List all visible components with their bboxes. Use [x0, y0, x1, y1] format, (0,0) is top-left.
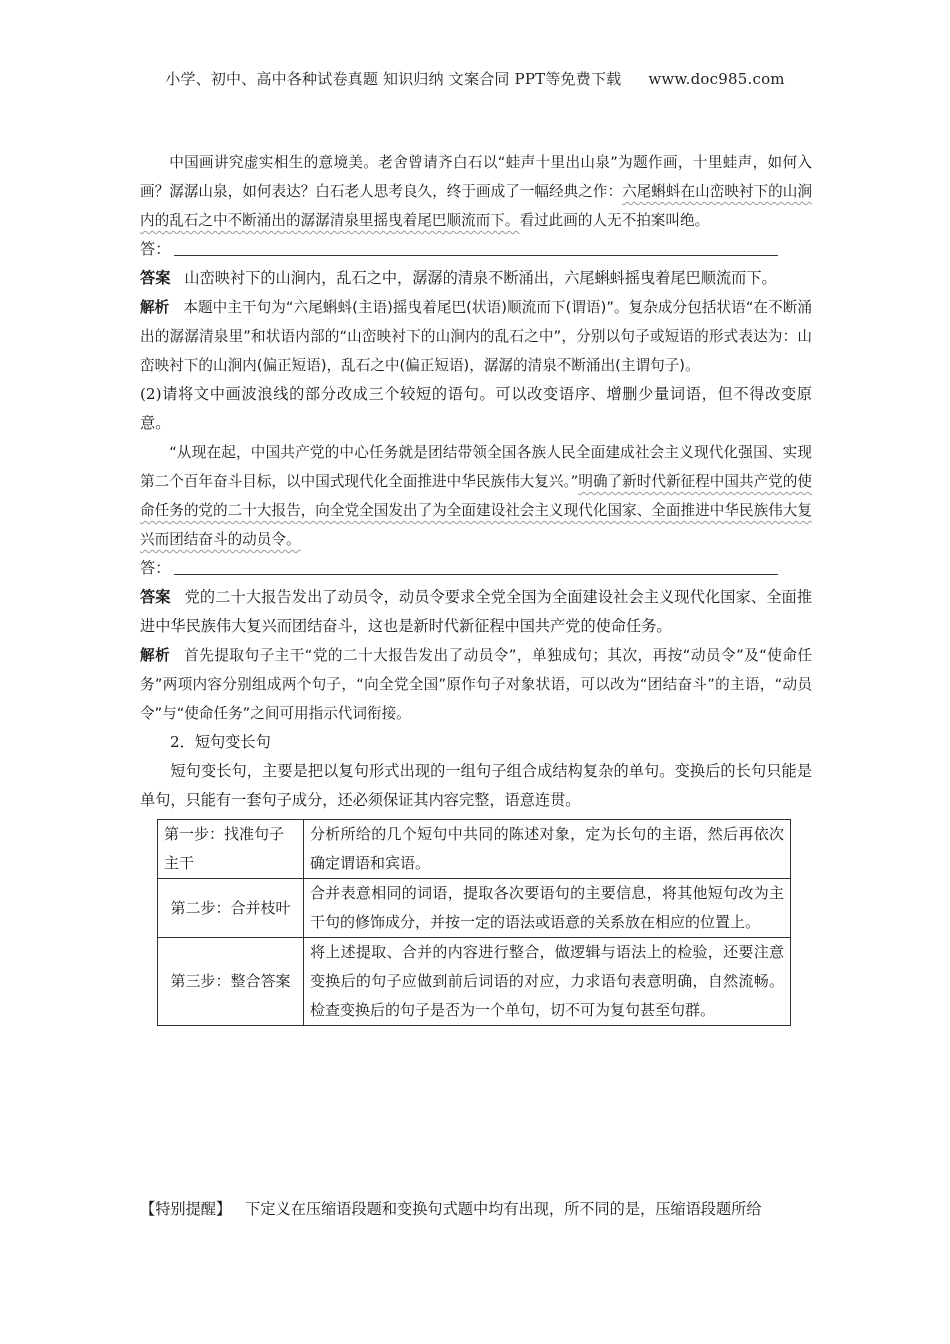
section-title: 2．短句变长句: [140, 728, 812, 757]
table-row: 第三步：整合答案 将上述提取、合并的内容进行整合，做逻辑与语法上的检验，还要注意…: [158, 938, 791, 1026]
q1-analysis: 解析本题中主干句为“六尾蝌蚪(主语)摇曳着尾巴(状语)顺流而下(谓语)”。复杂成…: [140, 293, 812, 380]
q2-answer-line: 答：: [140, 554, 812, 583]
answer-text: 山峦映衬下的山涧内，乱石之中，潺潺的清泉不断涌出，六尾蝌蚪摇曳着尾巴顺流而下。: [184, 269, 776, 287]
q2-analysis: 解析首先提取句子主干“党的二十大报告发出了动员令”，单独成句；其次，再按“动员令…: [140, 641, 812, 728]
step-description: 将上述提取、合并的内容进行整合，做逻辑与语法上的检验，还要注意变换后的句子应做到…: [304, 938, 791, 1026]
q1-answer-line: 答：: [140, 235, 812, 264]
analysis-label: 解析: [140, 647, 170, 664]
answer-label: 答案: [140, 588, 171, 606]
analysis-text: 首先提取句子主干“党的二十大报告发出了动员令”，单独成句；其次，再按“动员令”及…: [140, 647, 812, 722]
step-description: 合并表意相同的词语，提取各次要语句的主要信息，将其他短句改为主干句的修饰成分，并…: [304, 879, 791, 938]
document-body: 中国画讲究虚实相生的意境美。老舍曾请齐白石以“蛙声十里出山泉”为题作画，十里蛙声…: [140, 148, 812, 1026]
table-row: 第一步：找准句子主干 分析所给的几个短句中共同的陈述对象，定为长句的主语，然后再…: [158, 820, 791, 879]
header-url: www.doc985.com: [648, 70, 784, 88]
q1-answer: 答案山峦映衬下的山涧内，乱石之中，潺潺的清泉不断涌出，六尾蝌蚪摇曳着尾巴顺流而下…: [140, 264, 812, 293]
step-name: 第三步：整合答案: [158, 938, 304, 1026]
answer-prompt: 答：: [140, 235, 170, 264]
answer-label: 答案: [140, 269, 170, 287]
step-name: 第二步：合并枝叶: [158, 879, 304, 938]
q1-passage-end: 看过此画的人无不拍案叫绝。: [519, 212, 709, 229]
q2-passage: “从现在起，中国共产党的中心任务就是团结带领全国各族人民全面建成社会主义现代化强…: [140, 438, 812, 554]
header-text: 小学、初中、高中各种试卷真题 知识归纳 文案合同 PPT等免费下载: [165, 70, 621, 88]
q1-passage: 中国画讲究虚实相生的意境美。老舍曾请齐白石以“蛙声十里出山泉”为题作画，十里蛙声…: [140, 148, 812, 235]
reminder-text: 下定义在压缩语段题和变换句式题中均有出现，所不同的是，压缩语段题所给: [245, 1200, 761, 1218]
table-row: 第二步：合并枝叶 合并表意相同的词语，提取各次要语句的主要信息，将其他短句改为主…: [158, 879, 791, 938]
q2-prompt: (2)请将文中画波浪线的部分改成三个较短的语句。可以改变语序、增删少量词语，但不…: [140, 380, 812, 438]
answer-text: 党的二十大报告发出了动员令，动员令要求全党全国为全面建设社会主义现代化国家、全面…: [140, 588, 812, 635]
q2-answer: 答案党的二十大报告发出了动员令，动员令要求全党全国为全面建设社会主义现代化国家、…: [140, 583, 812, 641]
special-reminder: 【特别提醒】下定义在压缩语段题和变换句式题中均有出现，所不同的是，压缩语段题所给: [140, 1198, 820, 1219]
analysis-label: 解析: [140, 299, 169, 316]
step-name: 第一步：找准句子主干: [158, 820, 304, 879]
analysis-text: 本题中主干句为“六尾蝌蚪(主语)摇曳着尾巴(状语)顺流而下(谓语)”。复杂成分包…: [140, 299, 812, 374]
page-header: 小学、初中、高中各种试卷真题 知识归纳 文案合同 PPT等免费下载 www.do…: [0, 68, 950, 89]
steps-table: 第一步：找准句子主干 分析所给的几个短句中共同的陈述对象，定为长句的主语，然后再…: [157, 819, 791, 1026]
answer-prompt: 答：: [140, 554, 170, 583]
section-intro: 短句变长句，主要是把以复句形式出现的一组句子组合成结构复杂的单句。变换后的长句只…: [140, 757, 812, 815]
reminder-label: 【特别提醒】: [140, 1200, 231, 1218]
step-description: 分析所给的几个短句中共同的陈述对象，定为长句的主语，然后再依次确定谓语和宾语。: [304, 820, 791, 879]
answer-blank[interactable]: [174, 255, 778, 256]
answer-blank[interactable]: [174, 574, 778, 575]
